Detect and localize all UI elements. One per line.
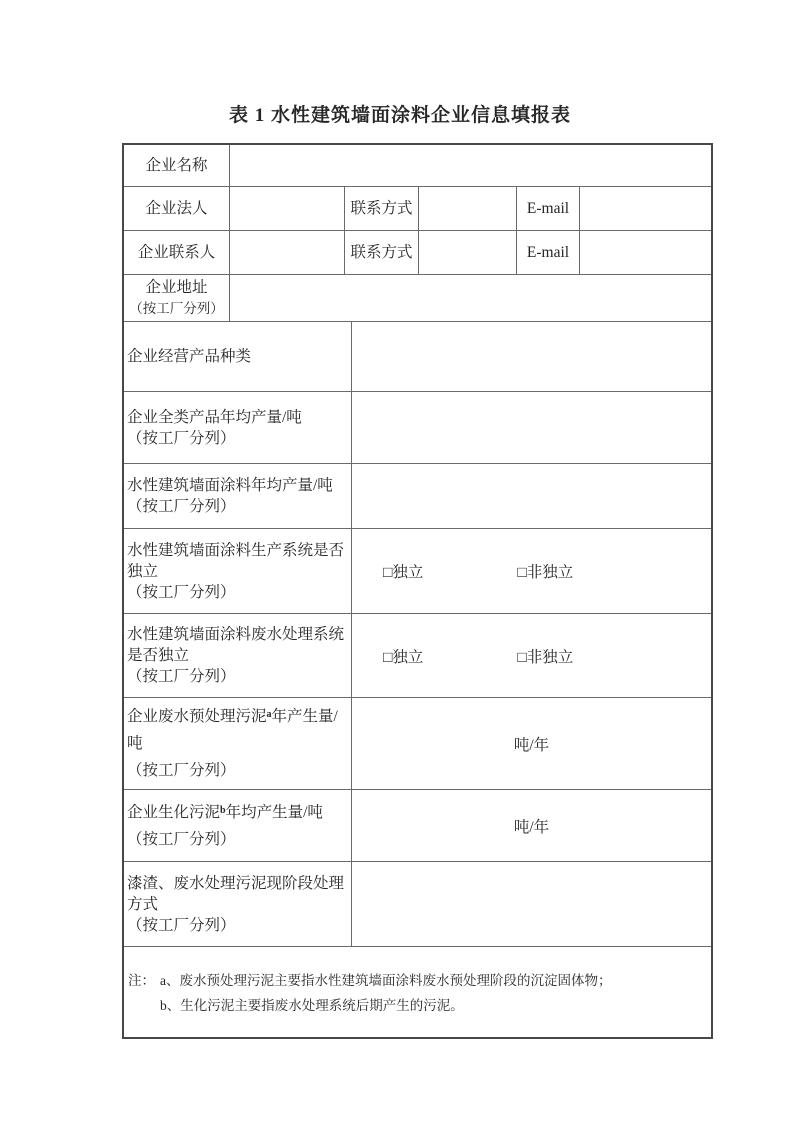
biochemical-sludge-label: 企业生化污泥b年均产生量/吨 （按工厂分列） xyxy=(124,790,352,862)
production-system-options: □独立 □非独立 xyxy=(352,529,711,614)
note-item-a: a、废水预处理污泥主要指水性建筑墙面涂料废水预处理阶段的沉淀固体物； xyxy=(160,968,612,993)
row-footnotes: 注： a、废水预处理污泥主要指水性建筑墙面涂料废水预处理阶段的沉淀固体物； b、… xyxy=(124,947,711,1037)
row-production-system-independent: 水性建筑墙面涂料生产系统是否 独立 （按工厂分列） □独立 □非独立 xyxy=(124,529,711,614)
pretreatment-sludge-label: 企业废水预处理污泥a年产生量/ 吨 （按工厂分列） xyxy=(124,698,352,790)
row-wastewater-system-independent: 水性建筑墙面涂料废水处理系统 是否独立 （按工厂分列） □独立 □非独立 xyxy=(124,614,711,698)
row-biochemical-sludge-output: 企业生化污泥b年均产生量/吨 （按工厂分列） 吨/年 xyxy=(124,790,711,862)
product-types-field[interactable] xyxy=(352,322,711,392)
contact-email-label: E-mail xyxy=(517,231,580,275)
coating-annual-output-field[interactable] xyxy=(352,464,711,529)
company-address-field[interactable] xyxy=(230,275,711,322)
unit-tons-per-year: 吨/年 xyxy=(514,733,549,755)
document-page: 表 1 水性建筑墙面涂料企业信息填报表 企业名称 企业法人 联系方式 E-mai… xyxy=(0,0,800,1131)
note-body: a、废水预处理污泥主要指水性建筑墙面涂料废水预处理阶段的沉淀固体物； b、生化污… xyxy=(160,968,612,1018)
row-company-name: 企业名称 xyxy=(124,145,711,187)
row-pretreatment-sludge-output: 企业废水预处理污泥a年产生量/ 吨 （按工厂分列） 吨/年 xyxy=(124,698,711,790)
total-annual-output-field[interactable] xyxy=(352,392,711,464)
legal-person-label: 企业法人 xyxy=(124,187,230,231)
wastewater-system-options: □独立 □非独立 xyxy=(352,614,711,698)
contact-method-field[interactable] xyxy=(419,231,517,275)
legal-contact-label: 联系方式 xyxy=(345,187,419,231)
checkbox-wastewater-independent[interactable]: □独立 xyxy=(383,645,423,667)
row-legal-person: 企业法人 联系方式 E-mail xyxy=(124,187,711,231)
unit-tons-per-year: 吨/年 xyxy=(514,815,549,837)
footnotes-cell: 注： a、废水预处理污泥主要指水性建筑墙面涂料废水预处理阶段的沉淀固体物； b、… xyxy=(124,947,711,1037)
company-name-label: 企业名称 xyxy=(124,145,230,187)
row-sludge-treatment-method: 漆渣、废水处理污泥现阶段处理 方式 （按工厂分列） xyxy=(124,862,711,947)
production-system-label: 水性建筑墙面涂料生产系统是否 独立 （按工厂分列） xyxy=(124,529,352,614)
legal-person-field[interactable] xyxy=(230,187,345,231)
row-contact-person: 企业联系人 联系方式 E-mail xyxy=(124,231,711,275)
checkbox-wastewater-non-independent[interactable]: □非独立 xyxy=(517,645,573,667)
row-company-address: 企业地址 （按工厂分列） xyxy=(124,275,711,322)
checkbox-production-non-independent[interactable]: □非独立 xyxy=(517,560,573,582)
sludge-treatment-field[interactable] xyxy=(352,862,711,947)
contact-person-field[interactable] xyxy=(230,231,345,275)
row-product-types: 企业经营产品种类 xyxy=(124,322,711,392)
biochemical-sludge-unit: 吨/年 xyxy=(352,790,711,862)
contact-person-label: 企业联系人 xyxy=(124,231,230,275)
row-coating-annual-output: 水性建筑墙面涂料年均产量/吨 （按工厂分列） xyxy=(124,464,711,529)
pretreatment-sludge-unit: 吨/年 xyxy=(352,698,711,790)
legal-email-field[interactable] xyxy=(580,187,711,231)
coating-annual-output-label: 水性建筑墙面涂料年均产量/吨 （按工厂分列） xyxy=(124,464,352,529)
form-table: 企业名称 企业法人 联系方式 E-mail 企业联系人 xyxy=(122,143,713,1039)
sludge-treatment-label: 漆渣、废水处理污泥现阶段处理 方式 （按工厂分列） xyxy=(124,862,352,947)
legal-contact-field[interactable] xyxy=(419,187,517,231)
company-address-label: 企业地址 （按工厂分列） xyxy=(124,275,230,322)
company-name-field[interactable] xyxy=(230,145,711,187)
product-types-label: 企业经营产品种类 xyxy=(124,322,352,392)
checkbox-production-independent[interactable]: □独立 xyxy=(383,560,423,582)
note-prefix: 注： xyxy=(128,968,155,993)
total-annual-output-label: 企业全类产品年均产量/吨 （按工厂分列） xyxy=(124,392,352,464)
note-item-b: b、生化污泥主要指废水处理系统后期产生的污泥。 xyxy=(160,993,612,1018)
legal-email-label: E-mail xyxy=(517,187,580,231)
contact-email-field[interactable] xyxy=(580,231,711,275)
contact-method-label: 联系方式 xyxy=(345,231,419,275)
wastewater-system-label: 水性建筑墙面涂料废水处理系统 是否独立 （按工厂分列） xyxy=(124,614,352,698)
page-title: 表 1 水性建筑墙面涂料企业信息填报表 xyxy=(0,100,800,127)
row-total-annual-output: 企业全类产品年均产量/吨 （按工厂分列） xyxy=(124,392,711,464)
